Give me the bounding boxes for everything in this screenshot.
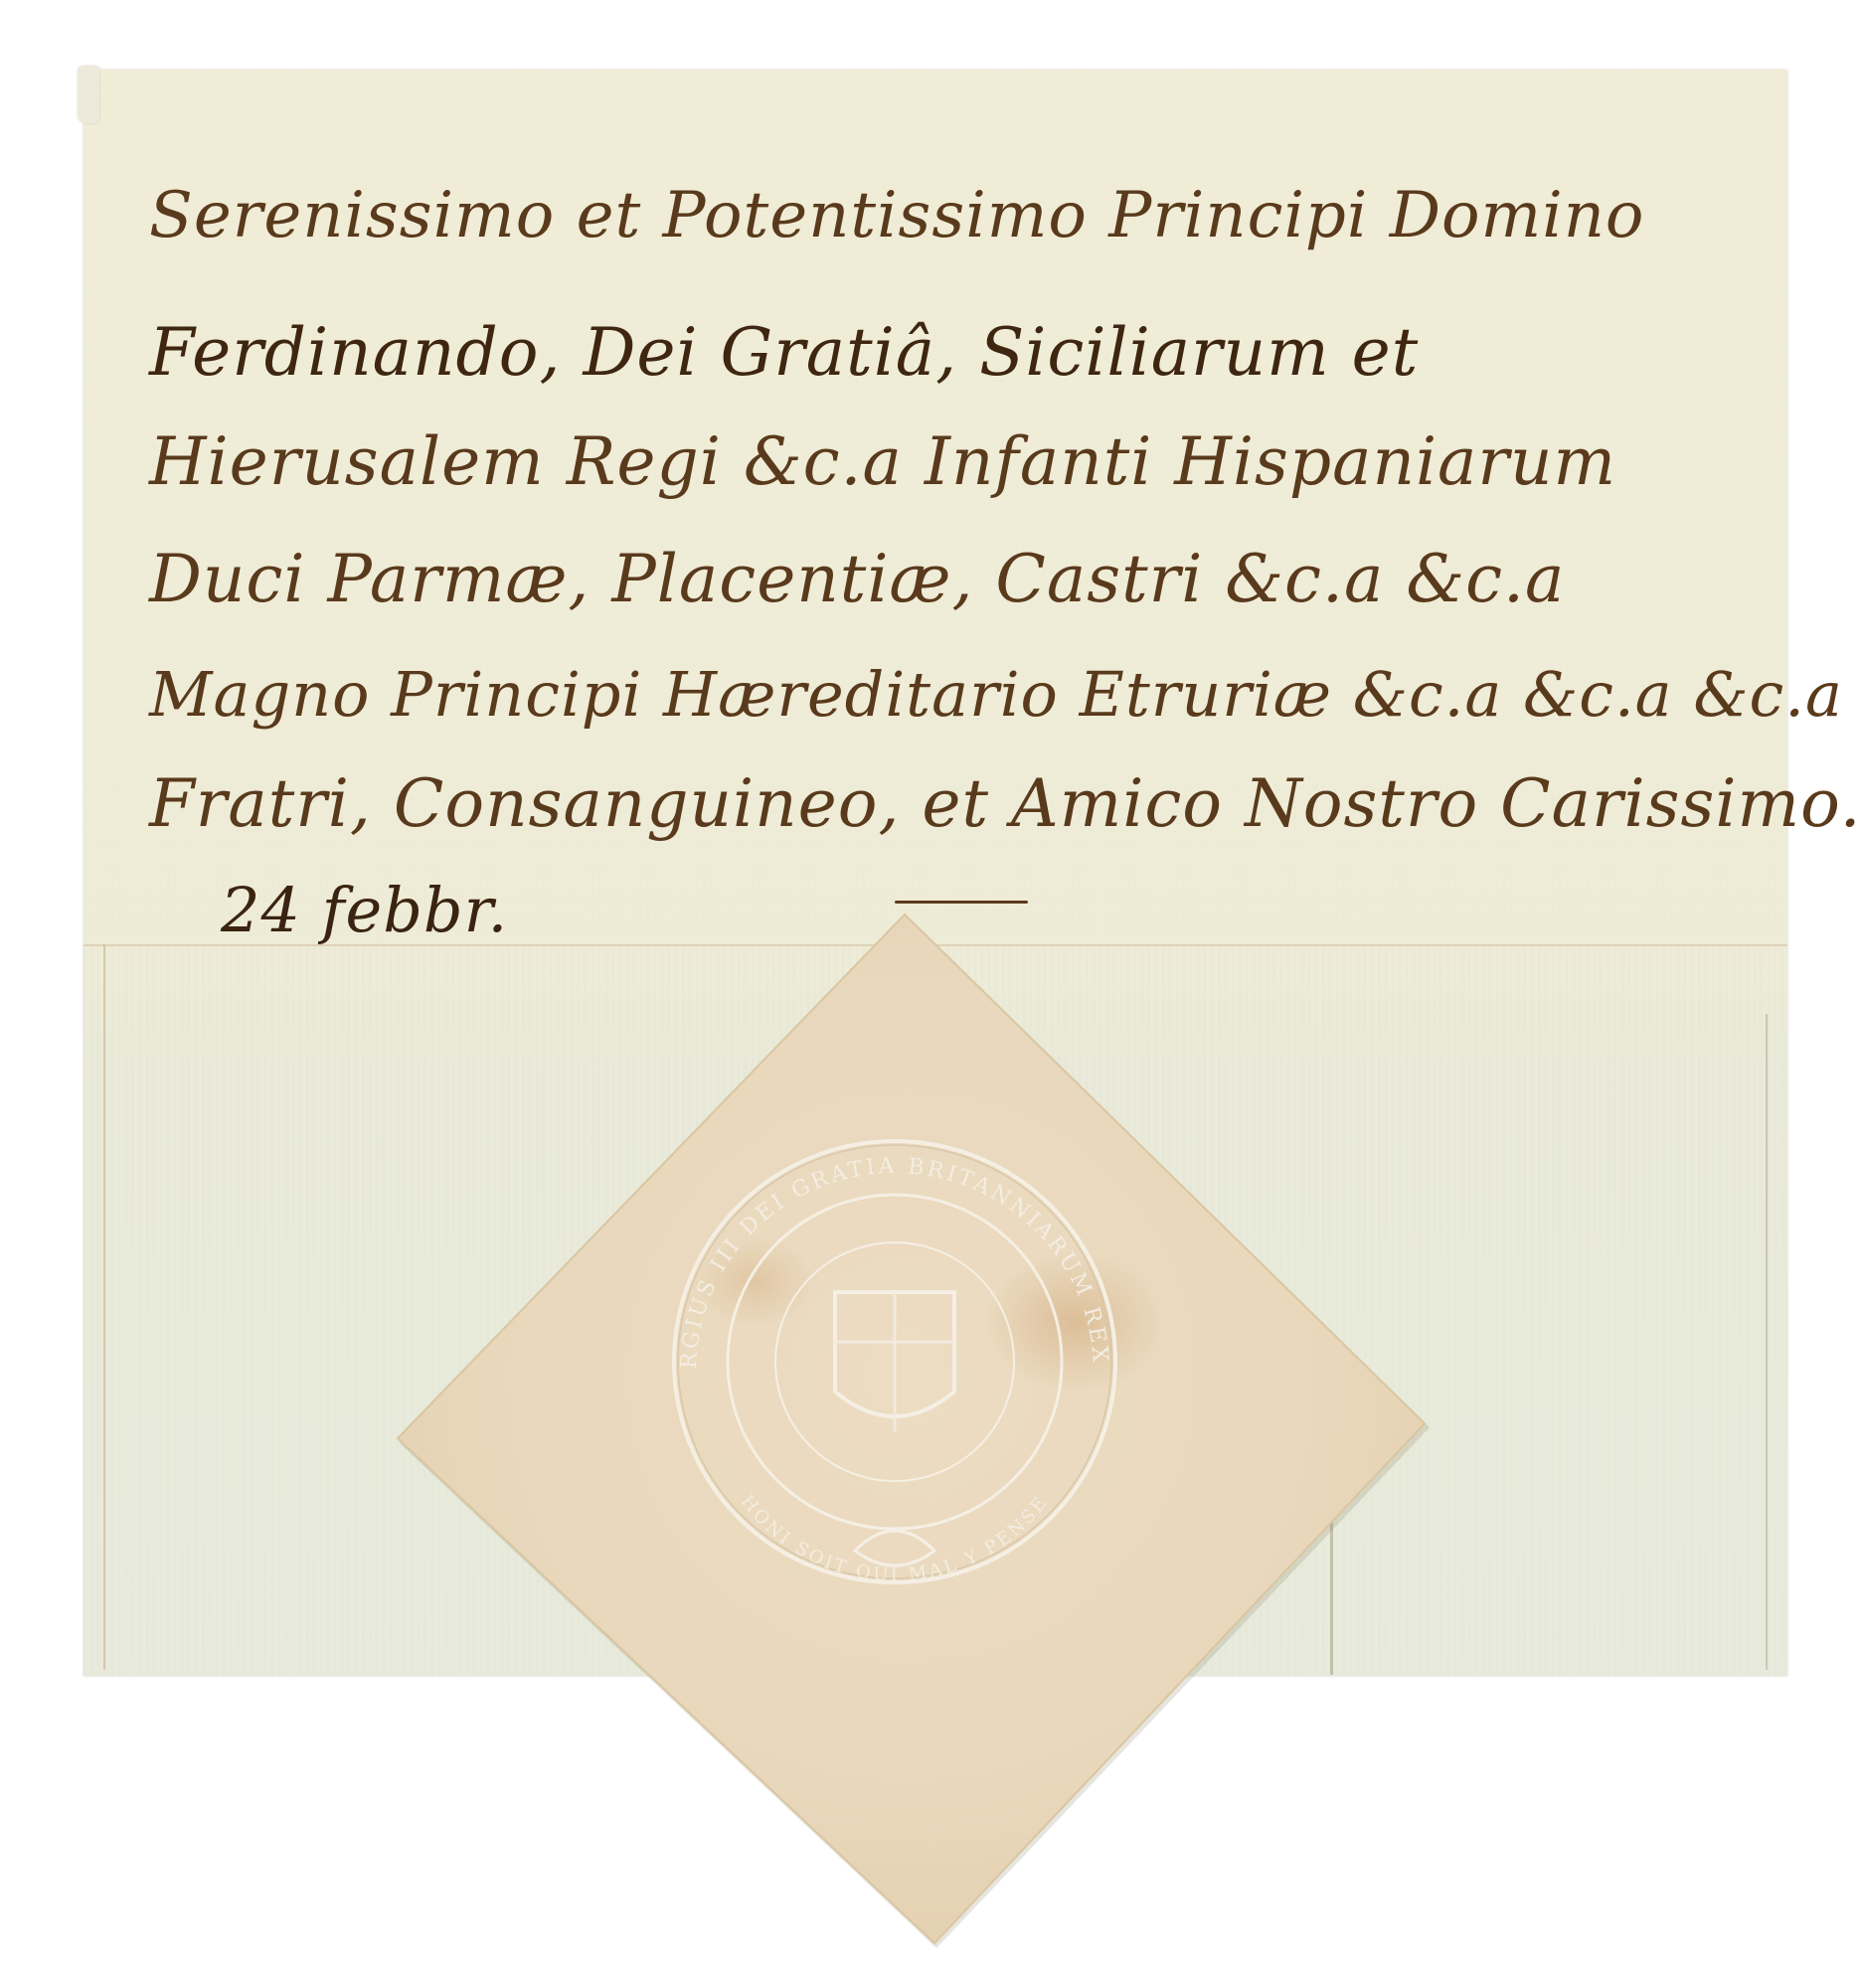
fold-edge <box>103 944 105 1670</box>
address-line-1: Serenissimo et Potentissimo Principi Dom… <box>149 184 1644 248</box>
ink-rule <box>895 901 1028 904</box>
paper-tear <box>1330 1481 1333 1675</box>
address-line-4: Duci Parmæ, Placentiæ, Castri &c.a &c.a <box>149 547 1565 612</box>
date-note: 24 febbr. <box>221 880 508 941</box>
fold-edge <box>1766 1014 1768 1670</box>
letter-sheet <box>84 70 1787 1676</box>
address-line-3: Hierusalem Regi &c.a Infanti Hispaniarum <box>149 429 1616 495</box>
folded-corner <box>78 66 99 123</box>
address-line-6: Fratri, Consanguineo, et Amico Nostro Ca… <box>149 771 1861 837</box>
address-line-2: Ferdinando, Dei Gratiâ, Siciliarum et <box>149 320 1419 386</box>
address-line-5: Magno Principi Hæreditario Etruriæ &c.a … <box>149 664 1843 726</box>
